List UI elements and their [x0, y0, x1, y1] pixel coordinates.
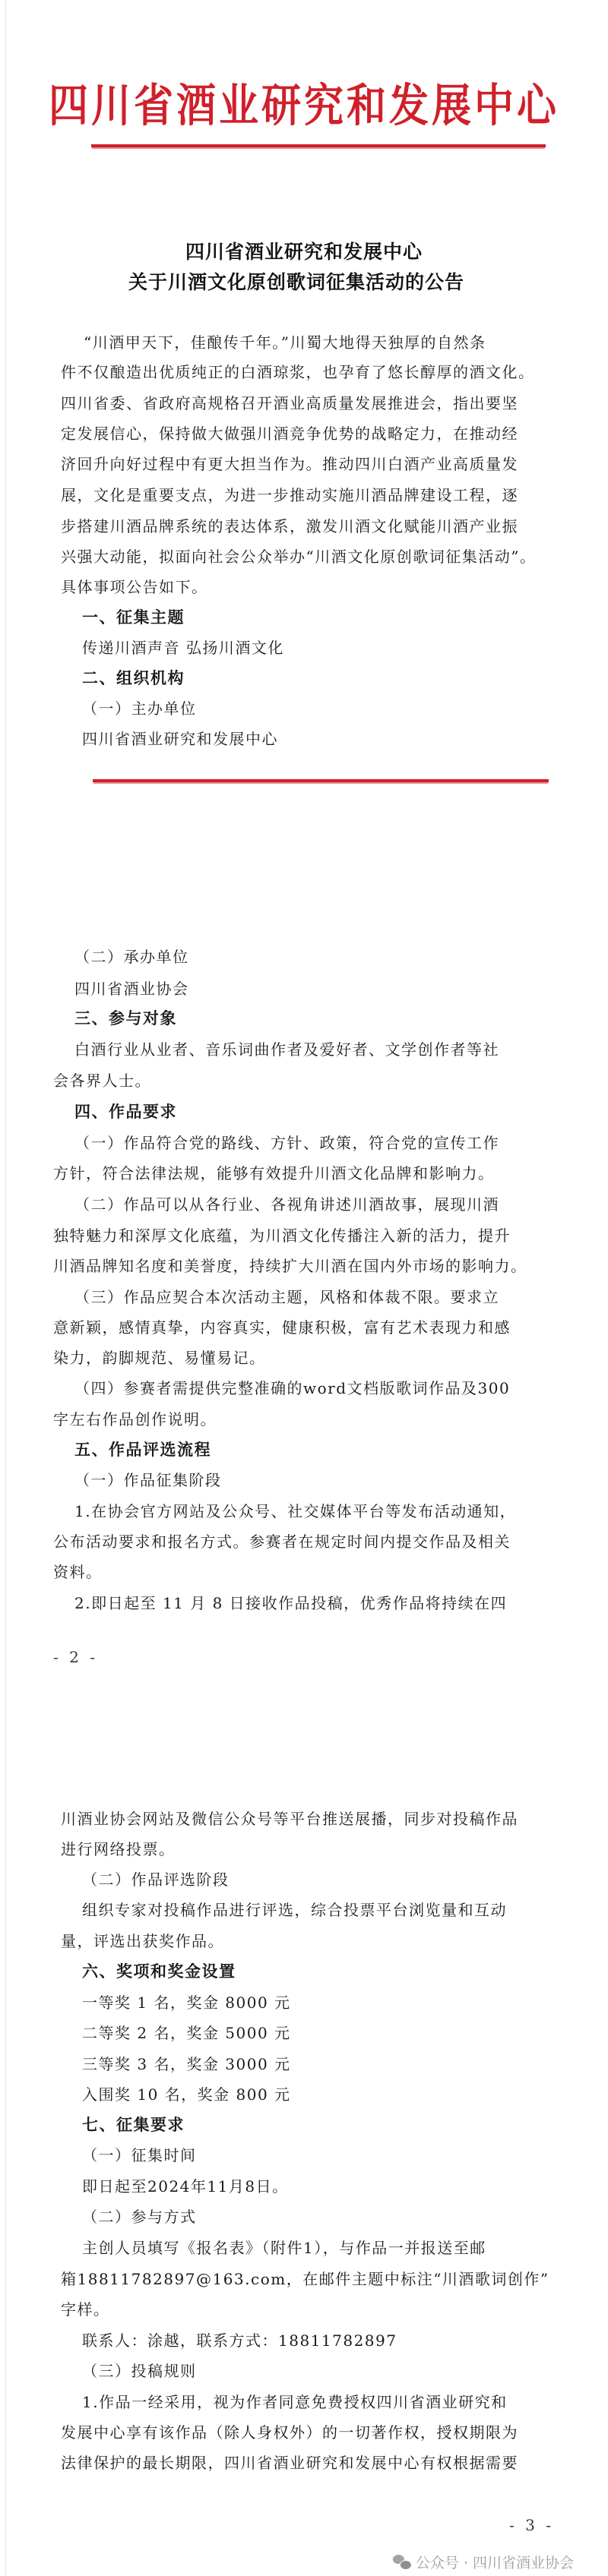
letterhead-org-name: 四川省酒业研究和发展中心 [0, 76, 608, 137]
subsection-label-organizer: （二）承办单位 [74, 947, 189, 967]
subsection-label-host: （一）主办单位 [82, 699, 197, 718]
document-title-line-1: 四川省酒业研究和发展中心 [0, 237, 608, 267]
requirement-line: （三）作品应契合本次活动主题，风格和体裁不限。要求立 [74, 1287, 499, 1307]
section-heading-theme: 一、征集主题 [82, 608, 185, 627]
page-number-2: - 2 - [53, 1648, 98, 1666]
wechat-watermark: 公众号 · 四川省酒业协会 [393, 2552, 574, 2572]
section-heading-participants: 三、参与对象 [74, 1009, 177, 1028]
intro-line: 步搭建川酒品牌系统的表达体系，激发川酒文化赋能川酒产业振 [61, 516, 518, 536]
page-footer-red-rule [93, 779, 549, 782]
intro-line: 具体事项公告如下。 [61, 577, 208, 597]
evaluation-line: 公布活动要求和报名方式。参赛者在规定时间内提交作品及相关 [53, 1532, 511, 1552]
section-body-participants: 白酒行业从业者、音乐词曲作者及爱好者、文学创作者等社 [74, 1040, 499, 1059]
prize-line: 一等奖 1 名，奖金 8000 元 [82, 1993, 291, 2012]
requirement-line: 字左右作品创作说明。 [53, 1410, 217, 1429]
intro-line: 济回升向好过程中有更大担当作为。推动四川白酒产业高质量发 [61, 454, 518, 474]
section-heading-submission: 七、征集要求 [82, 2115, 185, 2135]
section-heading-requirements: 四、作品要求 [74, 1102, 177, 1122]
watermark-text: 公众号 · 四川省酒业协会 [416, 2552, 574, 2572]
subsection-value-time: 即日起至2024年11月8日。 [82, 2177, 289, 2196]
prize-line: 入围奖 10 名，奖金 800 元 [82, 2085, 291, 2104]
subsection-value-host: 四川省酒业研究和发展中心 [82, 729, 278, 749]
intro-line: 件不仅酿造出优质纯正的白酒琼浆，也孕育了悠长醇厚的酒文化。 [61, 362, 535, 382]
review-line: 组织专家对投稿作品进行评选，综合投票平台浏览量和互动 [82, 1900, 507, 1920]
evaluation-line: 川酒业协会网站及微信公众号等平台推送展播，同步对投稿作品 [61, 1809, 518, 1829]
method-line: 字样。 [61, 2300, 110, 2319]
intro-line: 四川省委、省政府高规格召开酒业高质量发展推进会，指出要坚 [61, 393, 518, 413]
prize-line: 二等奖 2 名，奖金 5000 元 [82, 2023, 291, 2043]
requirement-line: 独特魅力和深厚文化底蕴，为川酒文化传播注入新的活力，提升 [53, 1226, 511, 1245]
intro-line: 定发展信心，保持做大做强川酒竞争优势的战略定力，在推动经 [61, 424, 518, 444]
requirement-line: 方针，符合法律法规，能够有效提升川酒文化品牌和影响力。 [53, 1163, 495, 1183]
requirement-line: （一）作品符合党的路线、方针、政策，符合党的宣传工作 [74, 1133, 499, 1153]
section-heading-evaluation: 五、作品评选流程 [74, 1440, 211, 1460]
requirement-line: （四）参赛者需提供完整准确的word文档版歌词作品及300 [74, 1378, 510, 1398]
evaluation-line: 2.即日起至 11 月 8 日接收作品投稿，优秀作品将持续在四 [74, 1593, 507, 1613]
requirement-line: 染力，韵脚规范、易懂易记。 [53, 1348, 266, 1368]
intro-line: “川酒甲天下，佳酿传千年。”川蜀大地得天独厚的自然条 [84, 333, 486, 352]
evaluation-line: 资料。 [53, 1562, 103, 1582]
rules-line: 1.作品一经采用，视为作者同意免费授权四川省酒业研究和 [82, 2392, 508, 2412]
section-body-theme: 传递川酒声音 弘扬川酒文化 [82, 638, 284, 658]
subsection-label-collection-stage: （一）作品征集阶段 [74, 1470, 222, 1490]
document-title-line-2: 关于川酒文化原创歌词征集活动的公告 [0, 267, 600, 298]
page-number-3: - 3 - [509, 2516, 554, 2534]
rules-line: 法律保护的最长期限，四川省酒业研究和发展中心有权根据需要 [61, 2453, 518, 2473]
requirement-line: 川酒品牌知名度和美誉度，持续扩大川酒在国内外市场的影响力。 [53, 1256, 527, 1276]
subsection-label-method: （二）参与方式 [82, 2207, 197, 2227]
subsection-label-time: （一）征集时间 [82, 2145, 197, 2165]
wechat-icon [393, 2555, 411, 2570]
subsection-value-organizer: 四川省酒业协会 [74, 979, 189, 999]
contact-line: 联系人：涂越，联系方式：18811782897 [82, 2331, 397, 2350]
method-line: 箱18811782897@163.com，在邮件主题中标注“川酒歌词创作” [61, 2269, 549, 2289]
review-line: 量，评选出获奖作品。 [61, 1931, 224, 1951]
subsection-label-review-stage: （二）作品评选阶段 [82, 1870, 230, 1889]
requirement-line: 意新颖，感情真挚，内容真实，健康积极，富有艺术表现力和感 [53, 1318, 511, 1337]
prize-line: 三等奖 3 名，奖金 3000 元 [82, 2054, 291, 2074]
subsection-label-rules: （三）投稿规则 [82, 2361, 197, 2381]
section-body-participants: 会各界人士。 [53, 1071, 151, 1091]
method-line: 主创人员填写《报名表》（附件1），与作品一并报送至邮 [82, 2238, 486, 2258]
requirement-line: （二）作品可以从各行业、各视角讲述川酒故事，展现川酒 [74, 1195, 499, 1214]
evaluation-line: 进行网络投票。 [61, 1839, 176, 1859]
page-edge [5, 0, 6, 2576]
rules-line: 发展中心享有该作品（除人身权外）的一切著作权，授权期限为 [61, 2423, 518, 2442]
section-heading-awards: 六、奖项和奖金设置 [82, 1962, 236, 1981]
evaluation-line: 1.在协会官方网站及公众号、社交媒体平台等发布活动通知， [74, 1501, 516, 1521]
letterhead-red-rule-full [91, 144, 546, 147]
intro-line: 兴强大动能，拟面向社会公众举办“川酒文化原创歌词征集活动”。 [61, 547, 536, 567]
section-heading-organization: 二、组织机构 [82, 668, 185, 688]
intro-line: 展，文化是重要支点，为进一步推动实施川酒品牌建设工程，逐 [61, 485, 518, 505]
